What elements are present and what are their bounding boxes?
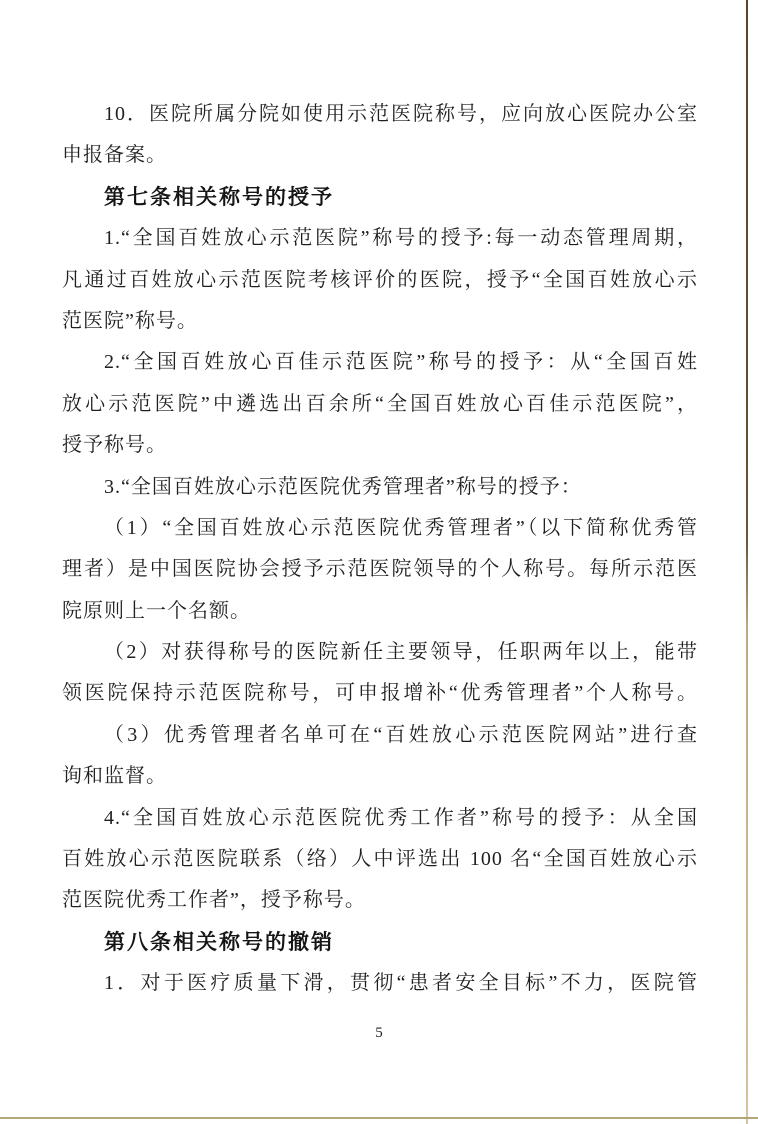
body-line: 范医院”称号。 xyxy=(62,301,698,342)
body-line: 授予称号。 xyxy=(62,425,698,466)
body-line: 3.“全国百姓放心示范医院优秀管理者”称号的授予： xyxy=(62,467,698,508)
body-line: 1．对于医疗质量下滑，贯彻“患者安全目标”不力，医院管 xyxy=(62,963,698,1004)
body-line: 申报备案。 xyxy=(62,135,698,176)
document-page: 10．医院所属分院如使用示范医院称号，应向放心医院办公室 申报备案。 第七条相关… xyxy=(0,0,758,1124)
heading-article-7: 第七条相关称号的授予 xyxy=(62,177,698,218)
body-line: 4.“全国百姓放心示范医院优秀工作者”称号的授予：从全国 xyxy=(62,798,698,839)
heading-article-8: 第八条相关称号的撤销 xyxy=(62,922,698,963)
body-line: （3）优秀管理者名单可在“百姓放心示范医院网站”进行查 xyxy=(62,715,698,756)
body-line: 领医院保持示范医院称号，可申报增补“优秀管理者”个人称号。 xyxy=(62,673,698,714)
body-line: 2.“全国百姓放心百佳示范医院”称号的授予：从“全国百姓 xyxy=(62,342,698,383)
body-line: 1.“全国百姓放心示范医院”称号的授予:每一动态管理周期， xyxy=(62,218,698,259)
body-line: 百姓放心示范医院联系（络）人中评选出 100 名“全国百姓放心示 xyxy=(62,839,698,880)
body-line: 询和监督。 xyxy=(62,756,698,797)
body-line: （2）对获得称号的医院新任主要领导，任职两年以上，能带 xyxy=(62,632,698,673)
body-line: 范医院优秀工作者”，授予称号。 xyxy=(62,880,698,921)
right-border-line xyxy=(746,0,748,1124)
page-number: 5 xyxy=(0,1023,758,1043)
body-line: 放心示范医院”中遴选出百余所“全国百姓放心百佳示范医院”， xyxy=(62,384,698,425)
body-line: 院原则上一个名额。 xyxy=(62,591,698,632)
body-line: 10．医院所属分院如使用示范医院称号，应向放心医院办公室 xyxy=(62,94,698,135)
document-body: 10．医院所属分院如使用示范医院称号，应向放心医院办公室 申报备案。 第七条相关… xyxy=(62,94,698,1005)
body-line: （1）“全国百姓放心示范医院优秀管理者”（以下简称优秀管 xyxy=(62,508,698,549)
body-line: 理者）是中国医院协会授予示范医院领导的个人称号。每所示范医 xyxy=(62,549,698,590)
bottom-border-line xyxy=(0,1117,758,1119)
body-line: 凡通过百姓放心示范医院考核评价的医院，授予“全国百姓放心示 xyxy=(62,260,698,301)
